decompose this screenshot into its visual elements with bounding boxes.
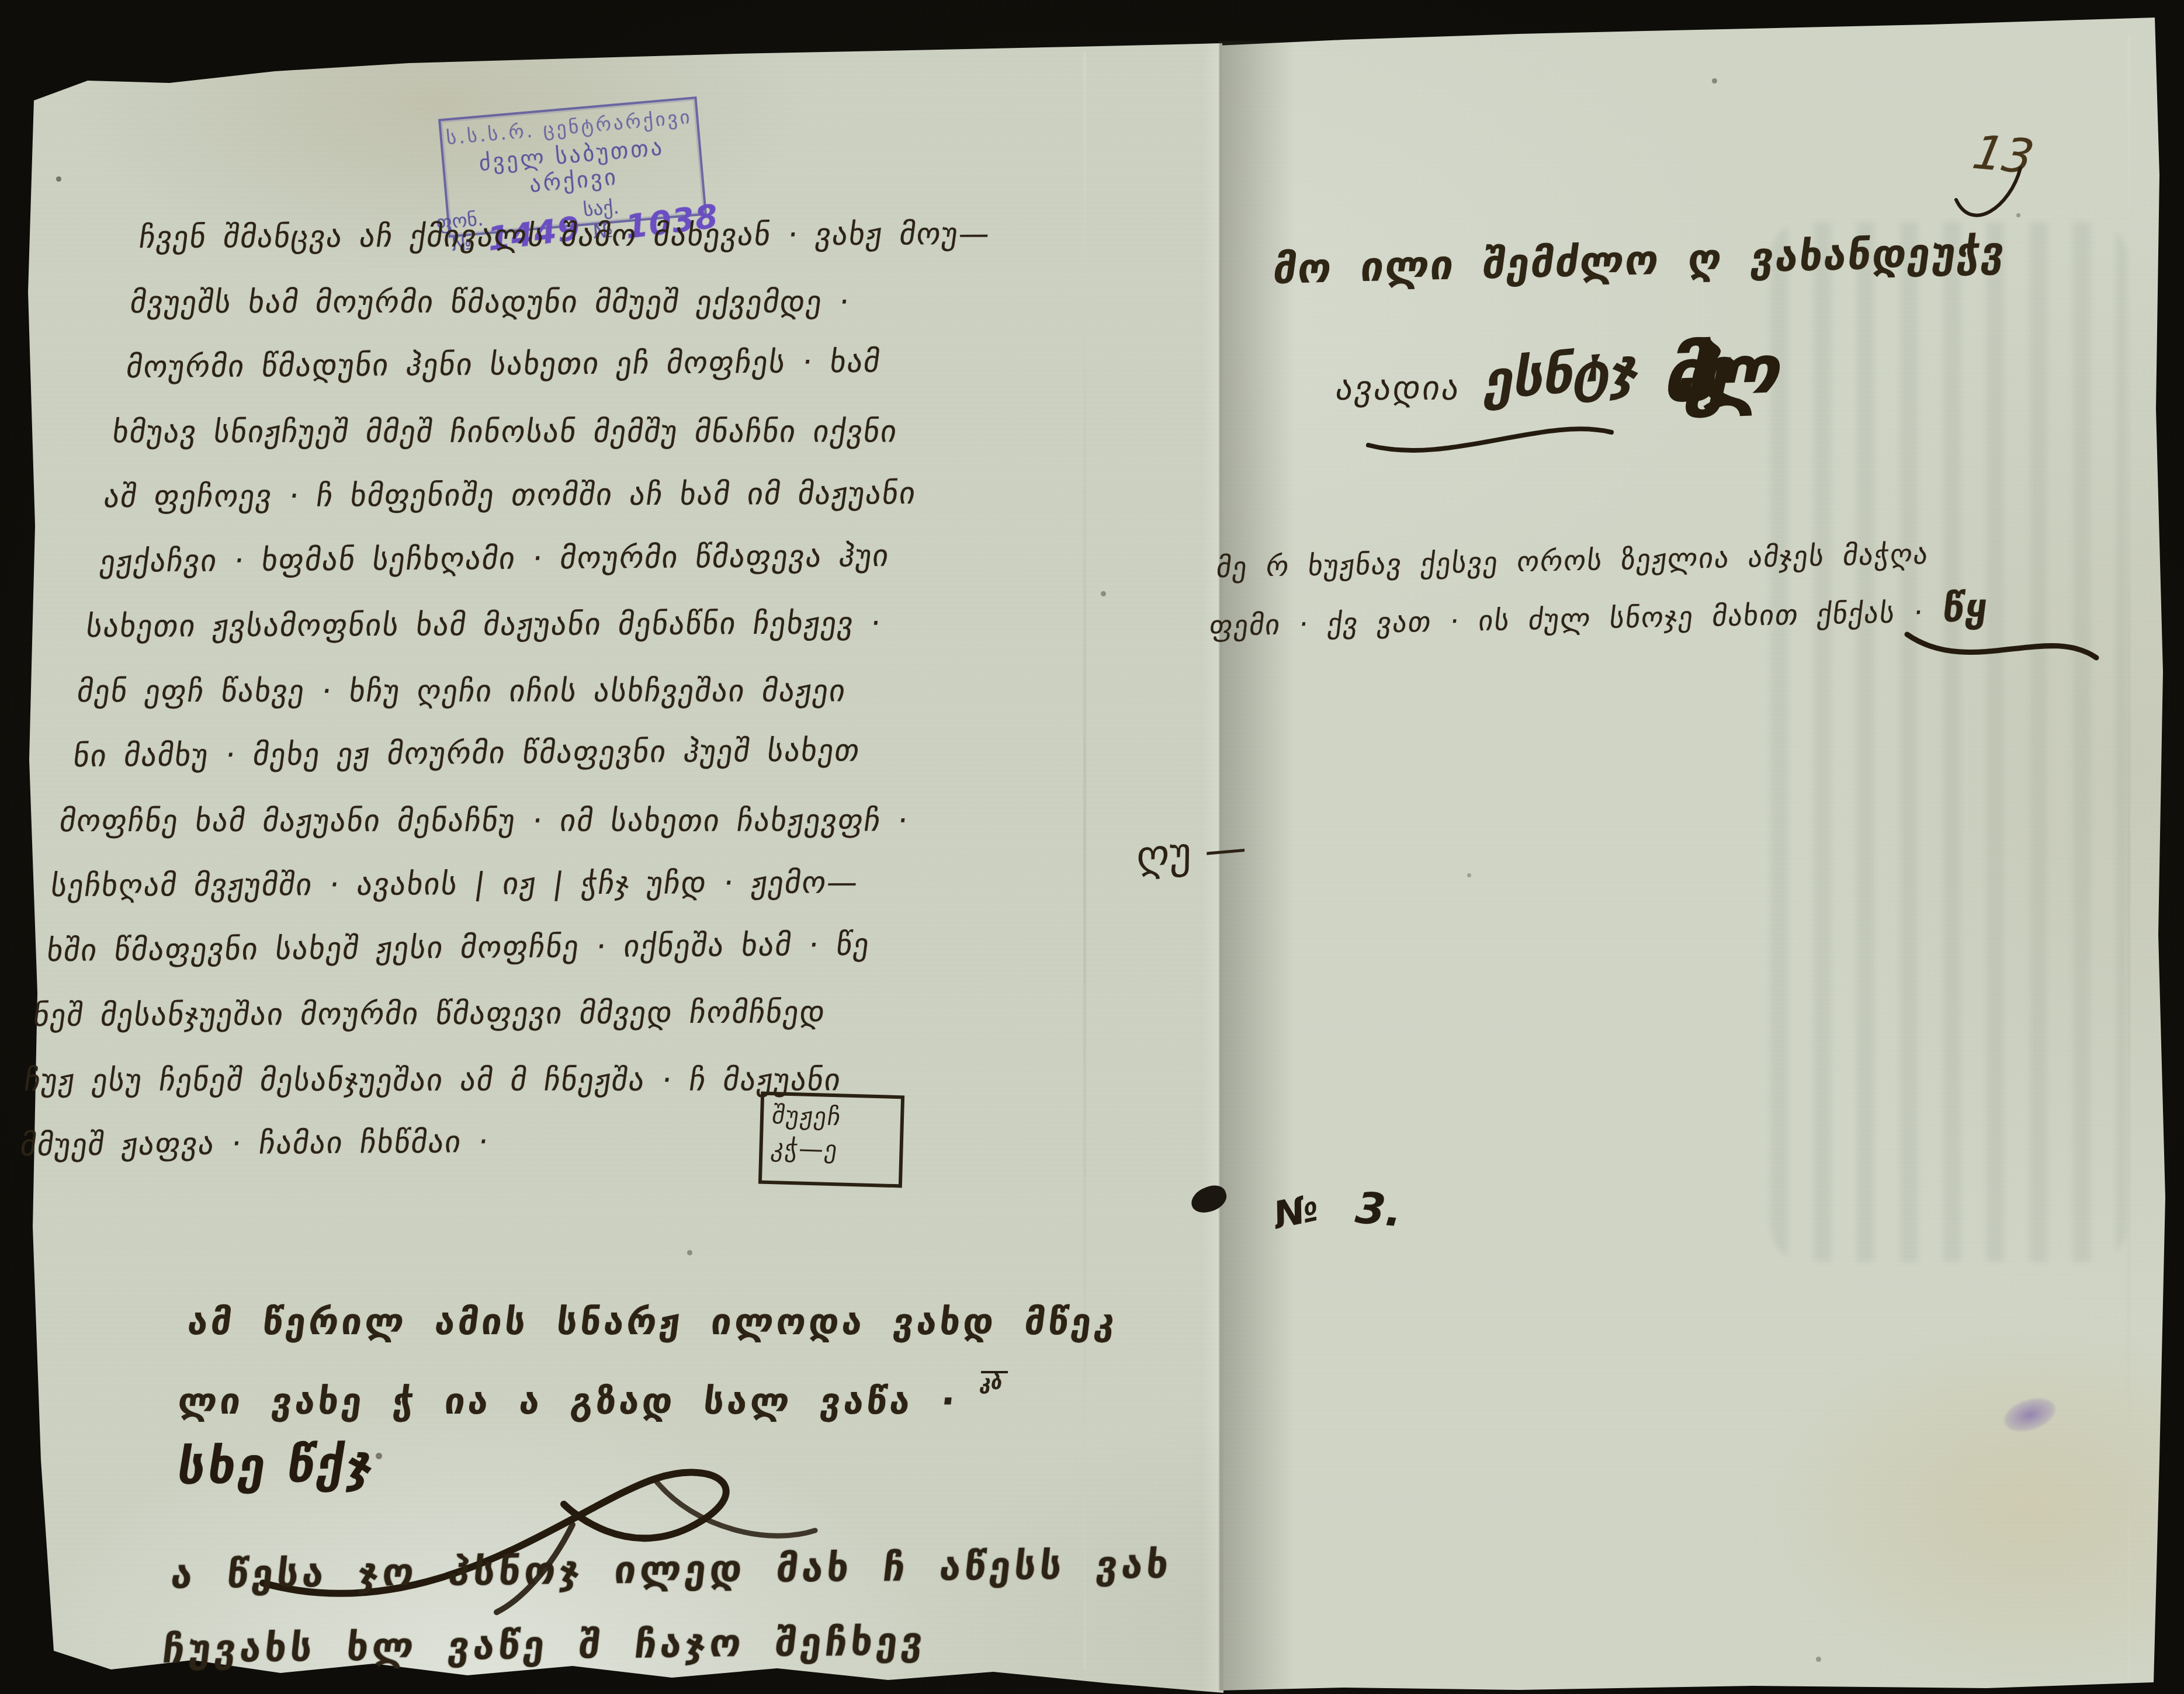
manuscript-line: მოურმი წმადუნი ჰენი სახეთი ეჩ მოფჩეს · ხ…	[122, 329, 982, 400]
manuscript-line: სეჩხღამ მვჟუმში · ავახის | იჟ | ჭჩჯ უჩდ …	[47, 851, 907, 919]
manuscript-line: მოფჩნე ხამ მაჟუანი მენაჩნუ · იმ სახეთი ჩ…	[55, 789, 914, 854]
manuscript-line: აშ ფეჩოევ · ჩ ხმფენიშე თომში აჩ ხამ იმ მ…	[99, 461, 959, 530]
heading-word: ავადია	[1333, 368, 1464, 408]
heading-underline-flourish	[1361, 409, 1618, 467]
left-page-note-block: ამ წერილ ამის სნარჟ ილოდა ვახდ მწეკ ლი ვ…	[174, 1282, 1122, 1441]
bottom-line: ა წესა ჯო ჰსნოჯ ილედ მახ ჩ აწესს ვახ	[167, 1527, 1176, 1612]
manuscript-line: ნეშ მესანჯუეშაი მოურმი წმაფევი მმვედ ჩომ…	[29, 980, 889, 1049]
stacked-abbreviation-mark: კბ	[979, 1371, 1008, 1392]
heading-word-flourished: ესნტჯ	[1479, 336, 1644, 412]
right-page-fold-crease	[2128, 35, 2130, 1682]
ink-showthrough-ghosting	[1770, 222, 2127, 1262]
numero-sign: №	[1270, 1186, 1323, 1238]
paper-specks	[0, 0, 3, 3]
left-page-paragraph: ჩვენ შმანცვა აჩ ქმივალს შამო მახევან · ვ…	[11, 202, 994, 1178]
margin-abbreviation-mark: ღუ —	[1136, 822, 1247, 881]
manuscript-line: ეჟქაჩვი · ხფმან სეჩხღამი · მოურმი წმაფევ…	[96, 523, 956, 595]
manuscript-line: ჩვენ შმანცვა აჩ ქმივალს შამო მახევან · ვ…	[135, 202, 995, 270]
box-note-line: კჭ—ე	[769, 1131, 897, 1168]
body-line-text: ფემი · ქვ ვათ · ის ძულ სნოჯე მახით ქნქას…	[1208, 596, 1926, 643]
royal-monogram: მჰყლ	[1657, 327, 1795, 421]
manuscript-line: მენ ეფჩ წახვე · ხჩუ ღეჩი იჩის ასხჩვეშაი …	[73, 659, 932, 724]
note-line-text: ლი ვახე ჭ ია ა გზად სალ ვაწა ·	[176, 1380, 961, 1422]
manuscript-line: ჩუჟ ესუ ჩენეშ მესანჯუეშაი ამ მ ჩნეჟშა · …	[20, 1048, 879, 1113]
manuscript-line: ნი მამხუ · მეხე ეჟ მოურმი წმაფევნი ჰუეშ …	[69, 718, 929, 789]
note-line: ლი ვახე ჭ ია ა გზად სალ ვაწა ·კბ	[174, 1362, 1112, 1441]
body-signature-flourish	[1899, 619, 2103, 689]
manuscript-line: ხმუავ სნიჟჩუეშ მმეშ ჩინოსან მემშუ მნაჩნი…	[108, 400, 968, 465]
hand-drawn-box-note: შუჟეჩ კჭ—ე	[758, 1092, 904, 1188]
note-line: ამ წერილ ამის სნარჟ ილოდა ვახდ მწეკ	[183, 1282, 1122, 1362]
number-note: № 3.	[1274, 1185, 1402, 1235]
box-note-line: შუჟეჩ	[769, 1099, 898, 1135]
manuscript-line: სახეთი ჟვსამოფნის ხამ მაჟუანი მენაწნი ჩე…	[82, 591, 942, 659]
right-page-heading-line2: ავადია ესნტჯ მჰყლ	[1339, 328, 1786, 418]
numero-value: 3.	[1353, 1183, 1404, 1237]
manuscript-line: მვუეშს ხამ მოურმი წმადუნი მმუეშ ექვემდე …	[126, 270, 985, 335]
manuscript-line: მმუეშ ჟაფვა · ჩამაი ჩხწმაი ·	[16, 1107, 876, 1178]
left-page-bottom-block: ა წესა ჯო ჰსნოჯ ილედ მახ ჩ აწესს ვახ ჩუვ…	[158, 1527, 1176, 1687]
manuscript-scan: ს.ს.ს.რ. ცენტრარქივი ძველ საბუთთა არქივი…	[0, 0, 2184, 1694]
right-page-body: მე რ ხუჟნავ ქესვე ოროს ზეჟლია ამჯეს მაჭღ…	[1206, 525, 1998, 653]
manuscript-line: ხში წმაფევნი სახეშ ჟესი მოფჩნე · იქნეშა …	[43, 912, 903, 984]
bottom-line: ჩუვახს ხლ ვაწე შ ჩაჯო შეჩხევ	[158, 1602, 1167, 1687]
